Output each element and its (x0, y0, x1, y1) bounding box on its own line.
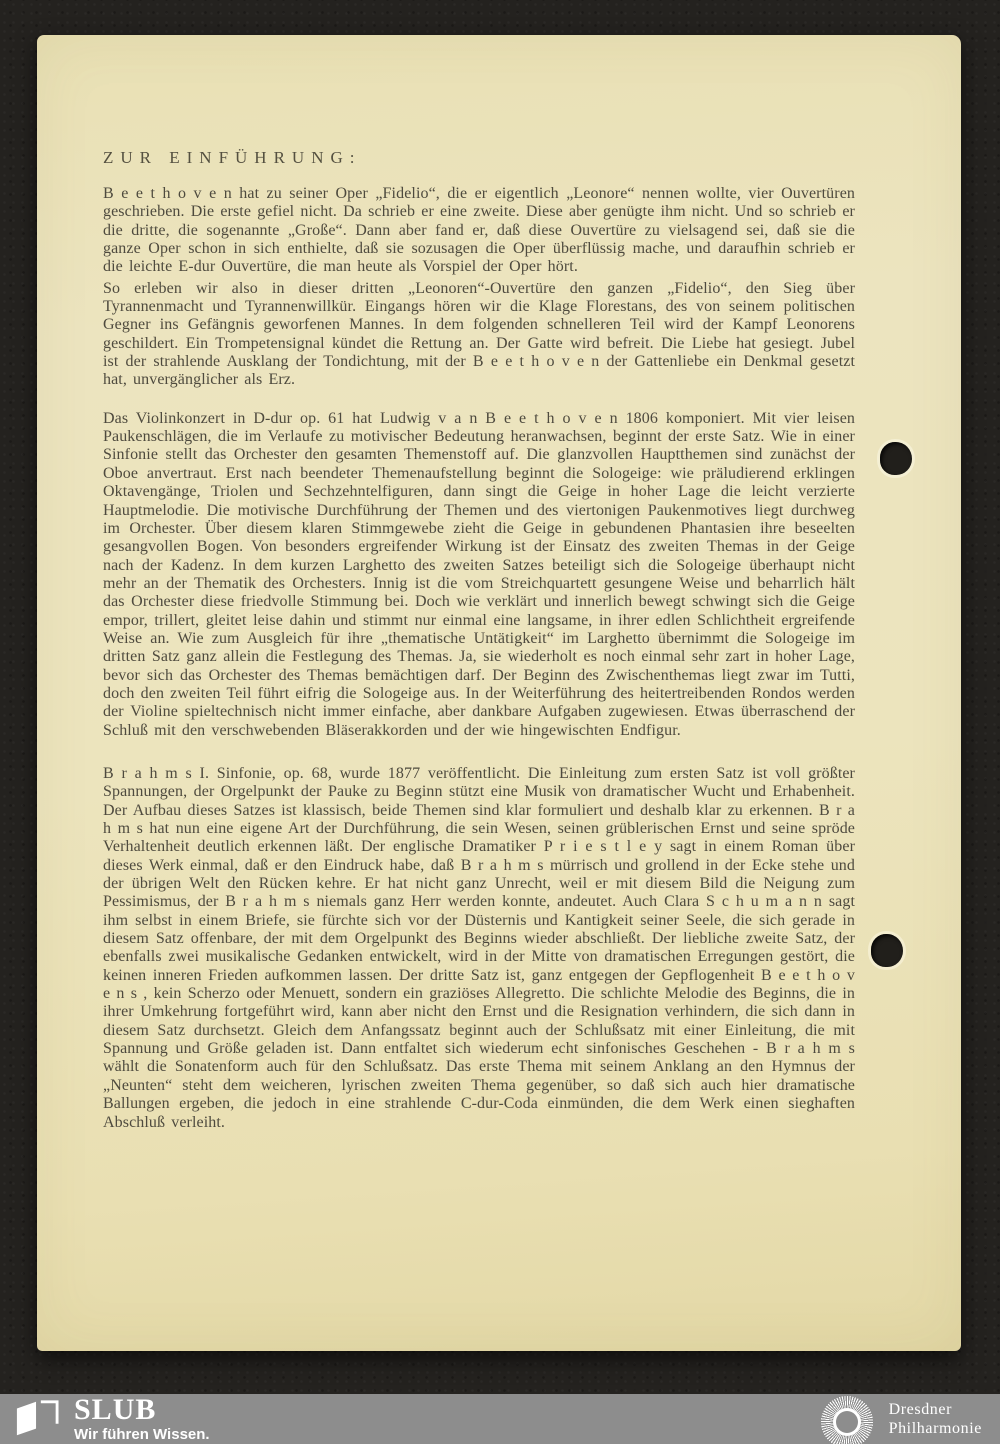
starburst-center (836, 1411, 858, 1433)
slub-branding: SLUB Wir führen Wissen. (0, 1395, 210, 1443)
scanned-paper: ZUR EINFÜHRUNG: B e e t h o v e n hat zu… (37, 35, 961, 1351)
philharmonie-name-line1: Dresdner (889, 1400, 982, 1419)
philharmonie-name: Dresdner Philharmonie (889, 1400, 982, 1438)
footer-bar: SLUB Wir führen Wissen. Dresdner Philhar… (0, 1394, 1000, 1444)
paragraph-beethoven-overtures: B e e t h o v e n hat zu seiner Oper „Fi… (103, 185, 855, 277)
paragraph-brahms-symphony: B r a h m s I. Sinfonie, op. 68, wurde 1… (103, 765, 855, 1132)
paragraph-leonore-overture: So erleben wir also in dieser dritten „L… (103, 280, 855, 390)
philharmonie-branding: Dresdner Philharmonie (821, 1390, 1000, 1444)
philharmonie-name-line2: Philharmonie (889, 1419, 982, 1438)
philharmonie-starburst-icon (821, 1396, 873, 1444)
punch-hole-bottom (871, 934, 903, 967)
section-heading: ZUR EINFÜHRUNG: (103, 148, 855, 168)
punch-hole-top (880, 442, 912, 475)
paragraph-violin-concerto: Das Violinkonzert in D-dur op. 61 hat Lu… (103, 410, 855, 740)
slub-book-icon (14, 1397, 60, 1441)
slub-wordmark: SLUB (74, 1396, 210, 1424)
slub-text: SLUB Wir führen Wissen. (74, 1395, 210, 1443)
document-text-block: ZUR EINFÜHRUNG: B e e t h o v e n hat zu… (103, 148, 855, 1132)
slub-tagline: Wir führen Wissen. (74, 1426, 210, 1443)
